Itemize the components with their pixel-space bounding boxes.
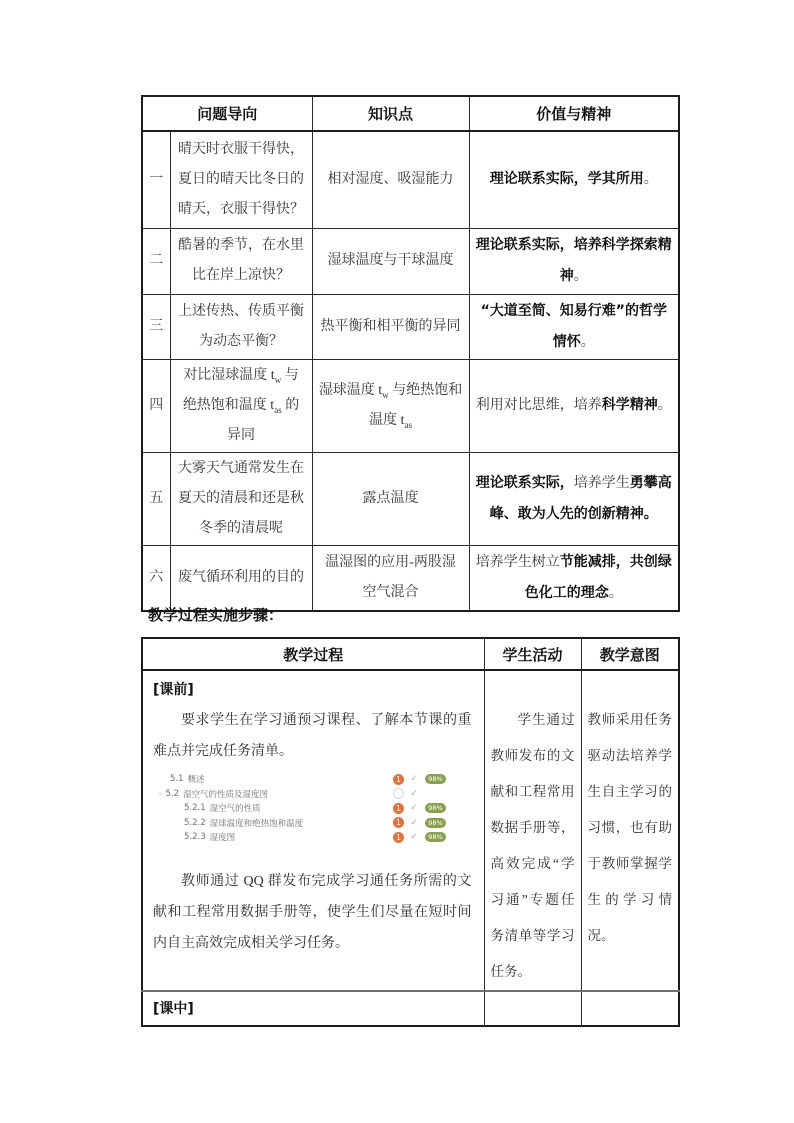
question-cell: 大雾天气通常发生在夏天的清晨和还是秋冬季的清晨呢 <box>170 452 312 545</box>
text-segment: 热平衡和相平衡的异同 <box>321 319 461 334</box>
text-segment: 大雾天气通常发生在夏天的清晨和还是秋冬季的清晨呢 <box>178 461 304 536</box>
student-activity-cell: 学生通过教师发布的文献和工程常用数据手册等，高效完成“学习通”专题任务清单等学习… <box>484 670 581 991</box>
text-segment: 晴天时衣服干得快，夏日的晴天比冬日的晴天，衣服干得快？ <box>178 142 304 217</box>
chapter-list-item: 5.2.1湿空气的性质1✓98% <box>153 801 450 816</box>
table1-header-value: 价值与精神 <box>469 96 679 131</box>
chapter-number: 5.2 <box>166 789 180 799</box>
chapter-status-badges: 1✓98% <box>391 803 450 814</box>
chapter-status-badges: ✓ <box>391 788 450 799</box>
teaching-intent-cell: 教师采用任务驱动法培养学生自主学习的习惯，也有助于教师掌握学生的学习情况。 <box>581 670 679 991</box>
table-row: 一晴天时衣服干得快，夏日的晴天比冬日的晴天，衣服干得快？相对湿度、吸湿能力理论联… <box>142 131 679 228</box>
row-number-cell: 四 <box>142 359 170 452</box>
table2-header-intent: 教学意图 <box>581 638 679 670</box>
chapter-number: 5.2.2 <box>184 818 206 828</box>
table-row: 五大雾天气通常发生在夏天的清晨和还是秋冬季的清晨呢露点温度理论联系实际，培养学生… <box>142 452 679 545</box>
table-row: 六废气循环利用的目的温湿图的应用-两股湿空气混合培养学生树立节能减排，共创绿色化… <box>142 545 679 611</box>
table-row: 四对比湿球温度 tw 与绝热饱和温度 tas 的异同湿球温度 tw 与绝热饱和温… <box>142 359 679 452</box>
question-cell: 酷暑的季节，在水里比在岸上凉快？ <box>170 228 312 294</box>
knowledge-cell: 湿球温度 tw 与绝热饱和温度 tas <box>312 359 469 452</box>
chapter-title: 湿空气的性质 <box>210 802 261 814</box>
text-segment: 对比湿球温度 t <box>183 368 274 383</box>
chapter-title: 湿空气的性质及湿度图 <box>183 788 268 800</box>
text-segment: 湿球温度 t <box>319 383 382 398</box>
text-segment: 相对湿度、吸湿能力 <box>328 172 454 187</box>
lms-chapter-list-screenshot: 5.1概述1✓98%▵5.2湿空气的性质及湿度图✓5.2.1湿空气的性质1✓98… <box>153 772 472 845</box>
task-count-slot: 1 <box>391 774 407 785</box>
task-count-badge: 1 <box>393 817 404 828</box>
chapter-number: 5.1 <box>170 774 184 784</box>
teaching-process-cell: [课前] 要求学生在学习通预习课程、了解本节课的重难点并完成任务清单。 5.1概… <box>142 670 484 991</box>
chapter-title: 湿球温度和绝热饱和温度 <box>210 817 304 829</box>
teaching-process-table: 教学过程 学生活动 教学意图 [课前] 要求学生在学习通预习课程、了解本节课的重… <box>141 637 680 1027</box>
check-slot: ✓ <box>407 818 422 828</box>
bold-text-segment: 理论联系实际，学其所用 <box>490 171 644 187</box>
check-slot: ✓ <box>407 803 422 813</box>
chapter-title: 湿度图 <box>210 831 236 843</box>
table2-precourse-row: [课前] 要求学生在学习通预习课程、了解本节课的重难点并完成任务清单。 5.1概… <box>142 670 679 991</box>
knowledge-cell: 湿球温度与干球温度 <box>312 228 469 294</box>
phase-label-incourse-cell: [课中] <box>142 991 484 1026</box>
row-number-cell: 一 <box>142 131 170 228</box>
row-number-cell: 二 <box>142 228 170 294</box>
check-slot: ✓ <box>407 832 422 842</box>
text-segment: 。 <box>581 335 595 350</box>
precourse-paragraph-1: 要求学生在学习通预习课程、了解本节课的重难点并完成任务清单。 <box>153 705 472 767</box>
chapter-status-badges: 1✓98% <box>391 774 450 785</box>
knowledge-cell: 热平衡和相平衡的异同 <box>312 294 469 359</box>
task-count-slot <box>391 788 407 799</box>
progress-slot: 98% <box>422 803 450 813</box>
task-count-badge: 1 <box>393 832 404 843</box>
question-cell: 废气循环利用的目的 <box>170 545 312 611</box>
table2-incourse-row: [课中] <box>142 991 679 1026</box>
precourse-paragraph-2: 教师通过 QQ 群发布完成学习通任务所需的文献和工程常用数据手册等，使学生们尽量… <box>153 866 472 959</box>
text-segment: 培养学生 <box>574 476 630 491</box>
bold-text-segment: “大道至简、知易行难”的哲学情怀 <box>481 303 667 350</box>
text-segment: 露点温度 <box>363 491 419 506</box>
text-segment: 培养学生树立 <box>476 555 560 570</box>
question-cell: 对比湿球温度 tw 与绝热饱和温度 tas 的异同 <box>170 359 312 452</box>
document-page: 问题导向 知识点 价值与精神 一晴天时衣服干得快，夏日的晴天比冬日的晴天，衣服干… <box>0 0 794 1123</box>
table2-header-row: 教学过程 学生活动 教学意图 <box>142 638 679 670</box>
row-number-cell: 五 <box>142 452 170 545</box>
progress-badge: 98% <box>425 803 445 813</box>
chapter-list-item: 5.2.2湿球温度和绝热饱和温度1✓98% <box>153 816 450 831</box>
table1-header-question: 问题导向 <box>142 96 312 131</box>
knowledge-cell: 相对湿度、吸湿能力 <box>312 131 469 228</box>
table-row: 三上述传热、传质平衡为动态平衡？热平衡和相平衡的异同“大道至简、知易行难”的哲学… <box>142 294 679 359</box>
value-spirit-table: 问题导向 知识点 价值与精神 一晴天时衣服干得快，夏日的晴天比冬日的晴天，衣服干… <box>141 95 680 612</box>
empty-cell <box>484 991 581 1026</box>
task-count-slot: 1 <box>391 817 407 828</box>
bold-text-segment: 科学精神 <box>602 397 658 413</box>
chapter-number: 5.2.1 <box>184 803 206 813</box>
text-segment: 废气循环利用的目的 <box>178 570 304 585</box>
value-spirit-cell: 理论联系实际，学其所用。 <box>469 131 679 228</box>
text-segment: 温湿图的应用-两股湿空气混合 <box>325 555 456 600</box>
bold-text-segment: 理论联系实际， <box>476 475 574 491</box>
progress-badge: 98% <box>425 832 445 842</box>
section-heading: 教学过程实施步骤： <box>148 604 283 625</box>
check-icon: ✓ <box>410 818 418 828</box>
check-icon: ✓ <box>410 803 418 813</box>
check-slot: ✓ <box>407 789 422 799</box>
chapter-title: 概述 <box>188 773 205 785</box>
phase-label-incourse: [课中] <box>153 1001 194 1017</box>
check-icon: ✓ <box>410 774 418 784</box>
text-segment: 湿球温度与干球温度 <box>328 253 454 268</box>
chapter-status-badges: 1✓98% <box>391 832 450 843</box>
row-number-cell: 六 <box>142 545 170 611</box>
value-spirit-cell: 理论联系实际，培养学生勇攀高峰、敢为人先的创新精神。 <box>469 452 679 545</box>
chapter-list-item: 5.1概述1✓98% <box>153 772 450 787</box>
task-count-slot: 1 <box>391 832 407 843</box>
chapter-status-badges: 1✓98% <box>391 817 450 828</box>
progress-slot: 98% <box>422 774 450 784</box>
knowledge-cell: 露点温度 <box>312 452 469 545</box>
question-cell: 晴天时衣服干得快，夏日的晴天比冬日的晴天，衣服干得快？ <box>170 131 312 228</box>
task-count-badge: 1 <box>393 774 404 785</box>
table-row: 二酷暑的季节，在水里比在岸上凉快？湿球温度与干球温度理论联系实际，培养科学探索精… <box>142 228 679 294</box>
text-segment: as <box>274 404 282 414</box>
text-segment: 。 <box>658 398 672 413</box>
empty-cell <box>581 991 679 1026</box>
knowledge-cell: 温湿图的应用-两股湿空气混合 <box>312 545 469 611</box>
question-cell: 上述传热、传质平衡为动态平衡？ <box>170 294 312 359</box>
row-number-cell: 三 <box>142 294 170 359</box>
table2-header-process: 教学过程 <box>142 638 484 670</box>
check-icon: ✓ <box>410 832 418 842</box>
table2-header-student-activity: 学生活动 <box>484 638 581 670</box>
progress-slot: 98% <box>422 832 450 842</box>
task-count-slot: 1 <box>391 803 407 814</box>
teaching-intent-text: 教师采用任务驱动法培养学生自主学习的习惯，也有助于教师掌握学生的学习情况。 <box>588 702 673 954</box>
student-activity-text: 学生通过教师发布的文献和工程常用数据手册等，高效完成“学习通”专题任务清单等学习… <box>491 702 575 990</box>
task-count-badge: 1 <box>393 803 404 814</box>
progress-slot: 98% <box>422 818 450 828</box>
collapse-caret-icon: ▵ <box>158 790 162 797</box>
text-segment: 酷暑的季节，在水里比在岸上凉快？ <box>178 238 304 283</box>
chapter-list-item: ▵5.2湿空气的性质及湿度图✓ <box>153 787 450 802</box>
text-segment: 利用对比思维，培养 <box>476 398 602 413</box>
progress-badge: 98% <box>425 818 445 828</box>
value-spirit-cell: “大道至简、知易行难”的哲学情怀。 <box>469 294 679 359</box>
progress-badge: 98% <box>425 774 445 784</box>
table1-header-row: 问题导向 知识点 价值与精神 <box>142 96 679 131</box>
chapter-list-item: 5.2.3湿度图1✓98% <box>153 830 450 845</box>
value-spirit-cell: 利用对比思维，培养科学精神。 <box>469 359 679 452</box>
check-icon: ✓ <box>410 789 418 799</box>
chapter-number: 5.2.3 <box>184 832 206 842</box>
value-spirit-cell: 培养学生树立节能减排，共创绿色化工的理念。 <box>469 545 679 611</box>
text-segment: 。 <box>644 172 658 187</box>
phase-label-precourse: [课前] <box>153 680 472 700</box>
text-segment: 上述传热、传质平衡为动态平衡？ <box>178 304 304 349</box>
empty-circle-icon <box>393 788 404 799</box>
value-spirit-cell: 理论联系实际，培养科学探索精神。 <box>469 228 679 294</box>
table1-header-knowledge: 知识点 <box>312 96 469 131</box>
check-slot: ✓ <box>407 774 422 784</box>
text-segment: 。 <box>574 269 588 284</box>
text-segment: 。 <box>609 586 623 601</box>
text-segment: as <box>404 419 412 429</box>
